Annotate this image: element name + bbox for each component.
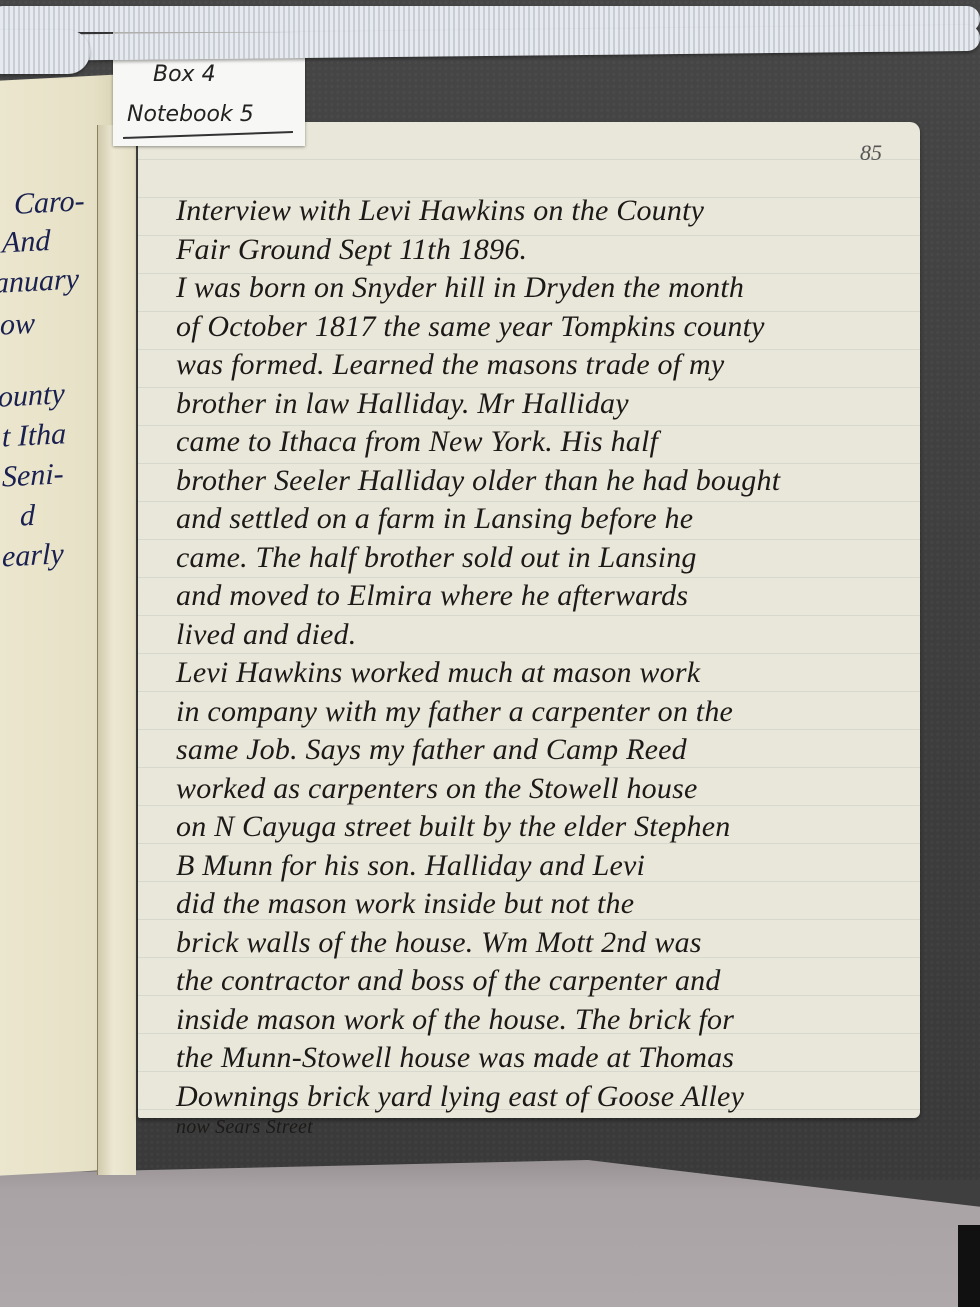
- handwritten-text: Interview with Levi Hawkins on the Count…: [176, 192, 906, 1138]
- text-line: the Munn-Stowell house was made at Thoma…: [176, 1039, 906, 1078]
- text-line: worked as carpenters on the Stowell hous…: [176, 770, 906, 809]
- footnote-line: now Sears Street: [176, 1116, 906, 1138]
- text-line: inside mason work of the house. The bric…: [176, 1001, 906, 1040]
- text-line: brick walls of the house. Wm Mott 2nd wa…: [176, 924, 906, 963]
- text-line: and moved to Elmira where he afterwards: [176, 577, 906, 616]
- left-fragment: And: [2, 224, 50, 261]
- left-fragment: Seni-: [2, 457, 64, 494]
- left-fragment: d: [20, 499, 35, 534]
- text-line: in company with my father a carpenter on…: [176, 693, 906, 732]
- text-line: of October 1817 the same year Tompkins c…: [176, 308, 906, 347]
- text-line: the contractor and boss of the carpenter…: [176, 962, 906, 1001]
- label-underline: [123, 131, 293, 139]
- text-line: Interview with Levi Hawkins on the Count…: [176, 192, 906, 231]
- text-line: Levi Hawkins worked much at mason work: [176, 654, 906, 693]
- text-line: brother Seeler Halliday older than he ha…: [176, 462, 906, 501]
- text-line: came to Ithaca from New York. His half: [176, 423, 906, 462]
- left-fragment: anuary: [0, 262, 79, 300]
- page-gutter: [97, 125, 136, 1175]
- left-fragment: ow: [0, 307, 35, 343]
- left-fragment: early: [2, 537, 64, 574]
- text-line: B Munn for his son. Halliday and Levi: [176, 847, 906, 886]
- text-line: Downings brick yard lying east of Goose …: [176, 1078, 906, 1117]
- left-fragment: Caro-: [14, 184, 85, 222]
- text-line: came. The half brother sold out in Lansi…: [176, 539, 906, 578]
- text-line: and settled on a farm in Lansing before …: [176, 500, 906, 539]
- text-line: was formed. Learned the masons trade of …: [176, 346, 906, 385]
- left-fragment: ounty: [0, 377, 65, 414]
- notebook-label: Notebook 5: [127, 102, 254, 127]
- cord-weight: [0, 30, 90, 74]
- text-line: I was born on Snyder hill in Dryden the …: [176, 269, 906, 308]
- shadow-edge: [958, 1225, 980, 1307]
- text-line: on N Cayuga street built by the elder St…: [176, 808, 906, 847]
- box-label: Box 4: [153, 62, 216, 87]
- text-line: did the mason work inside but not the: [176, 885, 906, 924]
- text-line: same Job. Says my father and Camp Reed: [176, 731, 906, 770]
- page-number: 85: [860, 140, 882, 166]
- text-line: Fair Ground Sept 11th 1896.: [176, 231, 906, 270]
- notebook-page: 85 Interview with Levi Hawkins on the Co…: [138, 122, 920, 1118]
- text-line: lived and died.: [176, 616, 906, 655]
- left-fragment: t Itha: [2, 417, 66, 454]
- text-line: brother in law Halliday. Mr Halliday: [176, 385, 906, 424]
